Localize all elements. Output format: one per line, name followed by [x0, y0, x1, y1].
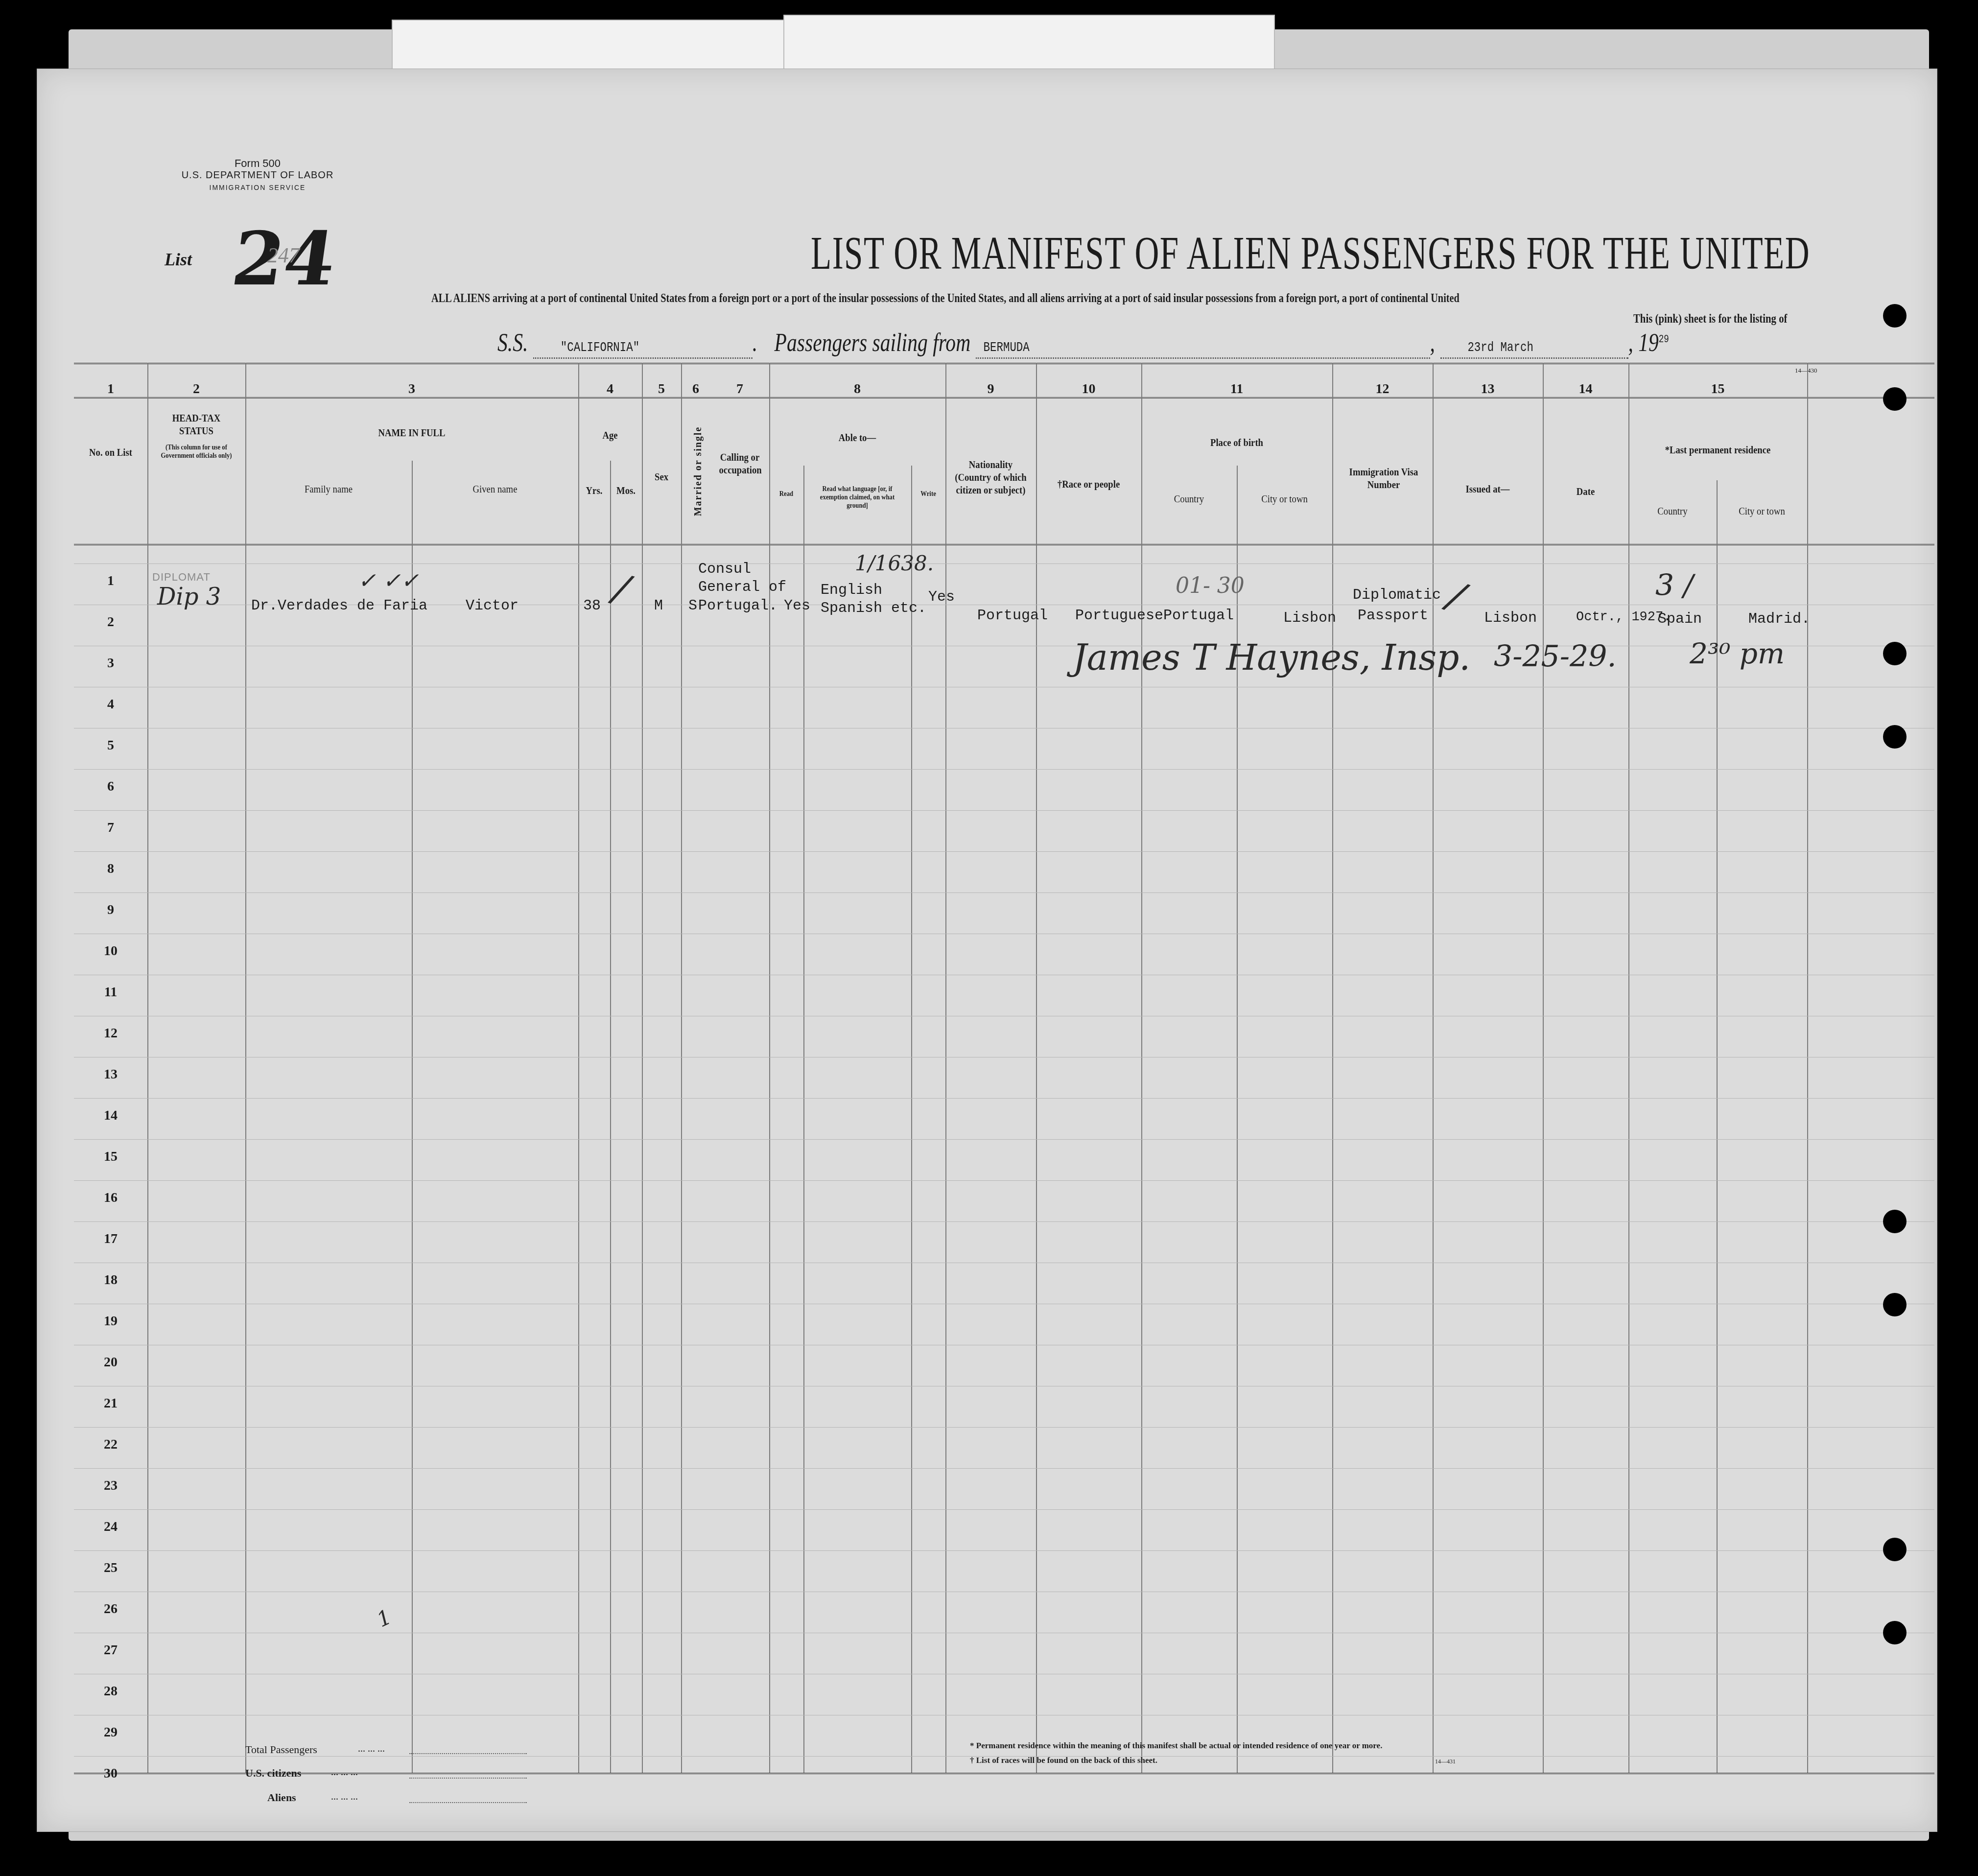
aliens-label: Aliens: [267, 1791, 296, 1804]
binder-hole: [1883, 387, 1907, 411]
year-suffix: 29: [1659, 333, 1669, 346]
row-number: 28: [74, 1684, 147, 1699]
row-number: 23: [74, 1478, 147, 1494]
page-title: LIST OR MANIFEST OF ALIEN PASSENGERS FOR…: [811, 226, 1810, 280]
row-number: 9: [74, 902, 147, 918]
row-rule: [74, 1016, 1934, 1016]
row-number: 3: [74, 656, 147, 671]
row-number: 29: [74, 1725, 147, 1740]
header-able-to: Able to—: [782, 431, 932, 444]
row-rule: [74, 810, 1934, 811]
row-rule: [74, 1674, 1934, 1674]
row-number: 20: [74, 1355, 147, 1370]
row-number: 25: [74, 1560, 147, 1576]
header-married-single: Married or single: [693, 422, 704, 520]
header-read-language: Read what language [or, if exemption cla…: [814, 485, 901, 510]
department-label: U.S. DEPARTMENT OF LABOR: [155, 169, 360, 182]
birth-country-cell: Portugal: [1163, 608, 1234, 624]
row-rule: [74, 1057, 1934, 1057]
header-birth-country: Country: [1149, 492, 1230, 505]
write-cell: Yes: [928, 589, 955, 606]
birth-city-cell: Lisbon: [1283, 610, 1336, 627]
ship-name: "CALIFORNIA": [561, 340, 639, 355]
binder-hole: [1883, 304, 1907, 328]
row-rule: [74, 851, 1934, 852]
paper-tab: [392, 20, 795, 75]
voyage-line: S.S. "CALIFORNIA". Passengers sailing fr…: [497, 328, 1669, 359]
age-slash-mark: /: [609, 565, 634, 612]
row-number: 15: [74, 1149, 147, 1165]
row-rule: [74, 1180, 1934, 1181]
row-rule: [74, 1550, 1934, 1551]
row-number: 12: [74, 1026, 147, 1041]
instructions-text: ALL ALIENS arriving at a port of contine…: [431, 291, 1460, 305]
row-rule: [74, 1468, 1934, 1469]
header-age-years: Yrs.: [581, 484, 608, 497]
row-number: 4: [74, 697, 147, 712]
form-number: Form 500: [155, 157, 360, 169]
header-issued-at: Issued at—: [1441, 483, 1534, 495]
total-passengers-label: Total Passengers: [245, 1743, 317, 1756]
ellipsis: ... ... ...: [358, 1743, 385, 1755]
occupation-line-3: Portugal.: [698, 598, 777, 614]
row-rule: [74, 1139, 1934, 1140]
row-number: 30: [74, 1766, 147, 1782]
column-number: 6: [681, 381, 710, 397]
row-rule: [74, 1304, 1934, 1304]
row-28-mark: 1: [373, 1605, 395, 1632]
family-name-cell: Dr.Verdades de Faria: [251, 598, 427, 614]
inspector-signature: James T Haynes, Insp.: [1073, 637, 1470, 678]
nationality-cell: Portugal: [977, 608, 1048, 624]
occupation-line-2: General of: [698, 579, 786, 596]
header-age: Age: [583, 429, 637, 442]
footnote-races: † List of races will be found on the bac…: [970, 1756, 1157, 1765]
row-rule: [74, 1345, 1934, 1345]
diplomat-stamp: DIPLOMAT: [152, 571, 211, 584]
age-years-cell: 38: [583, 598, 601, 614]
pink-sheet-note: This (pink) sheet is for the listing of: [1633, 311, 1788, 326]
row-rule: [74, 1386, 1934, 1386]
paper-tab: [783, 15, 1275, 70]
row-rule: [74, 728, 1934, 728]
row-number: 14: [74, 1108, 147, 1124]
language-annotation: 1/1638.: [855, 551, 934, 575]
binder-hole: [1883, 1538, 1907, 1561]
column-number: 13: [1433, 381, 1543, 397]
column-number: 11: [1141, 381, 1332, 397]
header-place-of-birth: Place of birth: [1155, 436, 1318, 449]
column-number: 1: [74, 381, 147, 397]
header-no-on-list: No. on List: [79, 446, 142, 459]
row-rule: [74, 1263, 1934, 1263]
row-rule: [74, 892, 1934, 893]
head-tax-handwritten: Dip 3: [157, 583, 221, 610]
row-rule: [74, 687, 1934, 687]
binder-hole: [1883, 642, 1907, 665]
us-citizens-label: U.S. citizens: [245, 1767, 301, 1780]
row-rule: [74, 1098, 1934, 1099]
inspection-time: 2³⁰ pm: [1690, 637, 1785, 670]
column-number: 2: [147, 381, 245, 397]
occupation-line-1: Consul: [698, 561, 751, 578]
row-number: 21: [74, 1396, 147, 1411]
header-residence-city: City or town: [1723, 505, 1800, 517]
row-number: 6: [74, 779, 147, 795]
header-nationality: Nationality (Country of which citizen or…: [954, 458, 1027, 496]
header-visa-number: Immigration Visa Number: [1344, 466, 1423, 491]
header-given-name: Given name: [424, 483, 566, 495]
column-number: 3: [245, 381, 578, 397]
row-rule: [74, 646, 1934, 646]
row-number: 17: [74, 1231, 147, 1247]
row-number: 5: [74, 738, 147, 753]
header-residence-country: Country: [1635, 505, 1710, 517]
row-number: 8: [74, 861, 147, 877]
header-date: Date: [1549, 485, 1622, 498]
footnote-residence: * Permanent residence within the meaning…: [970, 1741, 1382, 1751]
header-write: Write: [914, 490, 943, 498]
row-rule: [74, 769, 1934, 770]
header-age-months: Mos.: [612, 484, 639, 497]
row-number: 16: [74, 1190, 147, 1206]
header-read: Read: [772, 490, 801, 498]
service-label: IMMIGRATION SERVICE: [155, 182, 360, 194]
column-number: 10: [1036, 381, 1141, 397]
race-cell: Portuguese: [1075, 608, 1163, 624]
column-number: 7: [710, 381, 769, 397]
language-line-1: English: [821, 582, 882, 599]
row-number: 10: [74, 943, 147, 959]
header-race: †Race or people: [1044, 478, 1133, 491]
binder-hole: [1883, 1621, 1907, 1644]
aliens-field[interactable]: [409, 1802, 527, 1803]
manifest-table: 1 2 3 4 5 6 7 8 9 10 11 12 13 14 15 No. …: [74, 363, 1934, 1831]
column-number: 14: [1543, 381, 1628, 397]
row-number: 1: [74, 573, 147, 589]
row-number: 11: [74, 985, 147, 1000]
row-number: 2: [74, 614, 147, 630]
header-head-tax: HEAD-TAX STATUS: [157, 412, 236, 437]
header-sex: Sex: [645, 470, 678, 483]
column-number: 8: [769, 381, 945, 397]
binder-hole: [1883, 1293, 1907, 1316]
header-family-name: Family name: [258, 483, 400, 495]
residence-country-cell: Spain: [1658, 611, 1702, 628]
visa-line-1: Diplomatic: [1353, 587, 1441, 604]
inspection-date: 3-25-29.: [1494, 639, 1617, 674]
form-identifier: Form 500 U.S. DEPARTMENT OF LABOR IMMIGR…: [155, 157, 360, 194]
residence-annotation: 3 /: [1655, 568, 1693, 603]
given-name-cell: Victor: [466, 598, 518, 614]
issued-at-cell: Lisbon: [1484, 610, 1537, 627]
departure-port: BERMUDA: [984, 340, 1030, 355]
total-passengers-field[interactable]: [409, 1753, 527, 1754]
marital-status-cell: S: [688, 598, 697, 614]
visa-line-2: Passport: [1358, 608, 1428, 624]
checkmarks: ✓ ✓✓: [358, 568, 419, 593]
row-number: 27: [74, 1642, 147, 1658]
row-number: 22: [74, 1437, 147, 1453]
row-rule: [74, 934, 1934, 934]
departure-date: 23rd March: [1467, 340, 1533, 355]
row-number: 7: [74, 820, 147, 836]
ellipsis: ... ... ...: [331, 1767, 358, 1778]
year-prefix: 19: [1638, 329, 1659, 357]
date-issued-cell: Octr., 1927.: [1576, 610, 1671, 625]
issued-slash-mark: /: [1442, 572, 1470, 620]
row-number: 19: [74, 1313, 147, 1329]
column-number: 4: [578, 381, 642, 397]
row-rule: [74, 563, 1934, 564]
binder-hole: [1883, 1210, 1907, 1233]
language-line-2: Spanish etc.: [821, 600, 926, 617]
header-birth-city: City or town: [1244, 492, 1325, 505]
manifest-sheet: Form 500 U.S. DEPARTMENT OF LABOR IMMIGR…: [37, 69, 1937, 1832]
form-code-bottom: 14—431: [1435, 1758, 1456, 1765]
column-number: 5: [642, 381, 681, 397]
ship-prefix: S.S.: [497, 329, 528, 357]
list-number-pencil: 247: [267, 243, 300, 268]
residence-city-cell: Madrid.: [1748, 611, 1810, 628]
row-rule: [74, 1592, 1934, 1592]
list-label: List: [165, 249, 192, 270]
row-number: 18: [74, 1272, 147, 1288]
column-number: 15: [1628, 381, 1807, 397]
header-occupation: Calling or occupation: [719, 451, 761, 476]
sex-cell: M: [654, 598, 663, 614]
sailing-label: Passengers sailing from: [775, 329, 971, 357]
row-rule: [74, 1633, 1934, 1633]
read-cell: Yes: [784, 598, 810, 614]
row-number: 13: [74, 1067, 147, 1082]
birth-annotation: 01- 30: [1176, 573, 1245, 598]
row-number: 26: [74, 1601, 147, 1617]
binder-hole: [1883, 725, 1907, 749]
column-number: 9: [945, 381, 1036, 397]
row-number: 24: [74, 1519, 147, 1535]
us-citizens-field[interactable]: [409, 1778, 527, 1779]
row-rule: [74, 975, 1934, 975]
ellipsis: ... ... ...: [331, 1791, 358, 1803]
row-rule: [74, 1221, 1934, 1222]
header-head-tax-note: (This column for use of Government offic…: [159, 444, 234, 460]
row-rule: [74, 1715, 1934, 1715]
header-name-in-full: NAME IN FULL: [270, 426, 553, 439]
row-rule: [74, 1509, 1934, 1510]
column-number: 12: [1332, 381, 1433, 397]
header-last-residence: *Last permanent residence: [1642, 444, 1793, 456]
row-rule: [74, 1427, 1934, 1428]
